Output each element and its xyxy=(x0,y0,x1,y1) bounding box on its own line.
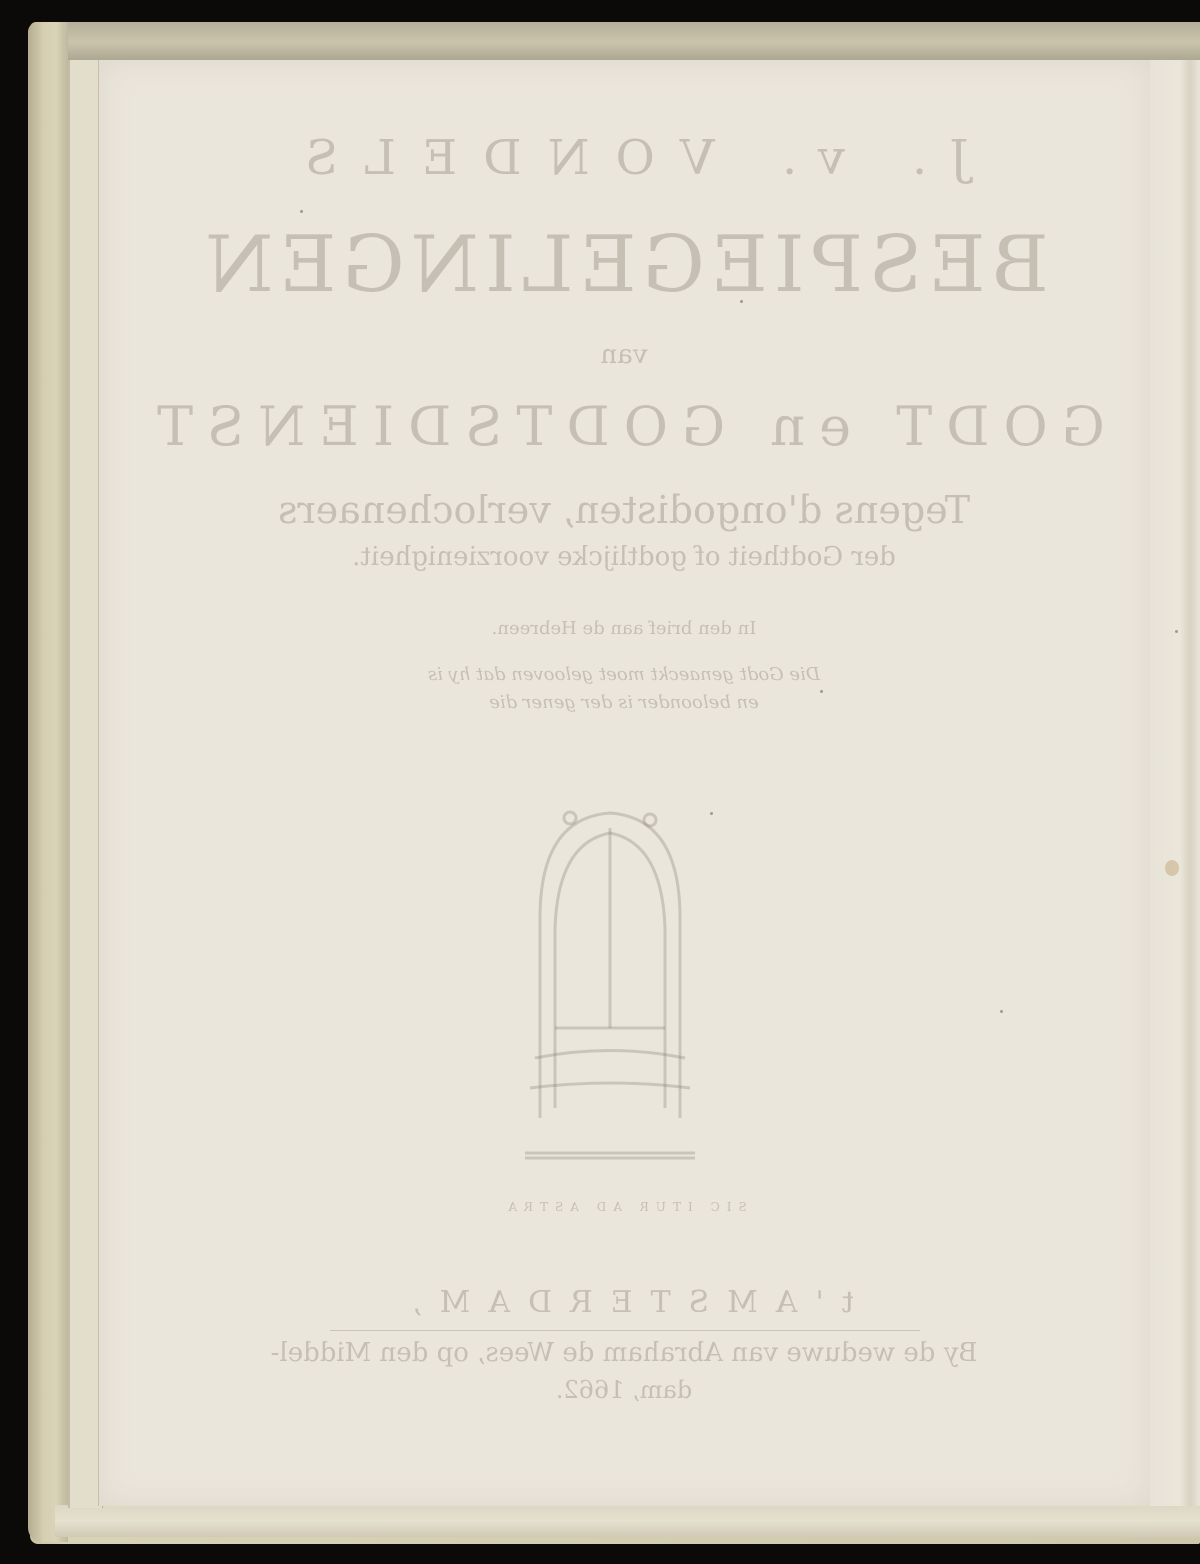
subject-line: GODT en GODTSDIENST xyxy=(98,395,1150,458)
cover-bottom-edge xyxy=(55,1505,1200,1537)
epigraph-source: In den brief aan de Hebreen. xyxy=(98,618,1150,639)
epigraph-line-2: en beloonder is der gener die xyxy=(98,692,1150,713)
page-fore-edge xyxy=(1150,60,1200,1506)
foxing-stain xyxy=(1165,860,1179,876)
paper-speck xyxy=(710,812,713,815)
van-line: van xyxy=(98,340,1150,370)
imprint-date: dam, 1662. xyxy=(98,1376,1150,1404)
imprint-rule xyxy=(330,1330,920,1331)
paper-speck xyxy=(1175,630,1178,633)
epigraph-line-1: Die Godt genaeckt moet gelooven dat hy i… xyxy=(98,664,1150,685)
mirrored-show-through-text: J. v. VONDELS BESPIEGELINGEN van GODT en… xyxy=(98,60,1150,1506)
paper-speck xyxy=(740,300,743,303)
printers-device-vignette-icon xyxy=(510,788,710,1168)
paper-speck xyxy=(1000,1010,1003,1013)
paper-speck xyxy=(300,210,303,213)
cover-top-edge xyxy=(30,22,1200,62)
vignette-motto: SIC ITUR AD ASTRA xyxy=(98,1200,1150,1214)
against-line-2: der Godtheit of godtlijcke voorzienighei… xyxy=(98,542,1150,572)
imprint-printer: By de weduwe van Abraham de Wees, op den… xyxy=(98,1338,1150,1368)
scan-scene: J. v. VONDELS BESPIEGELINGEN van GODT en… xyxy=(0,0,1200,1564)
paper-speck xyxy=(820,690,823,693)
book-title: BESPIEGELINGEN xyxy=(98,220,1150,310)
imprint-place: t'AMSTERDAM, xyxy=(98,1285,1150,1320)
cover-spine-edge xyxy=(28,22,68,1542)
author-line: J. v. VONDELS xyxy=(98,130,1150,186)
against-line-1: Tegens d'ongodisten, verlochenaers xyxy=(98,488,1150,532)
